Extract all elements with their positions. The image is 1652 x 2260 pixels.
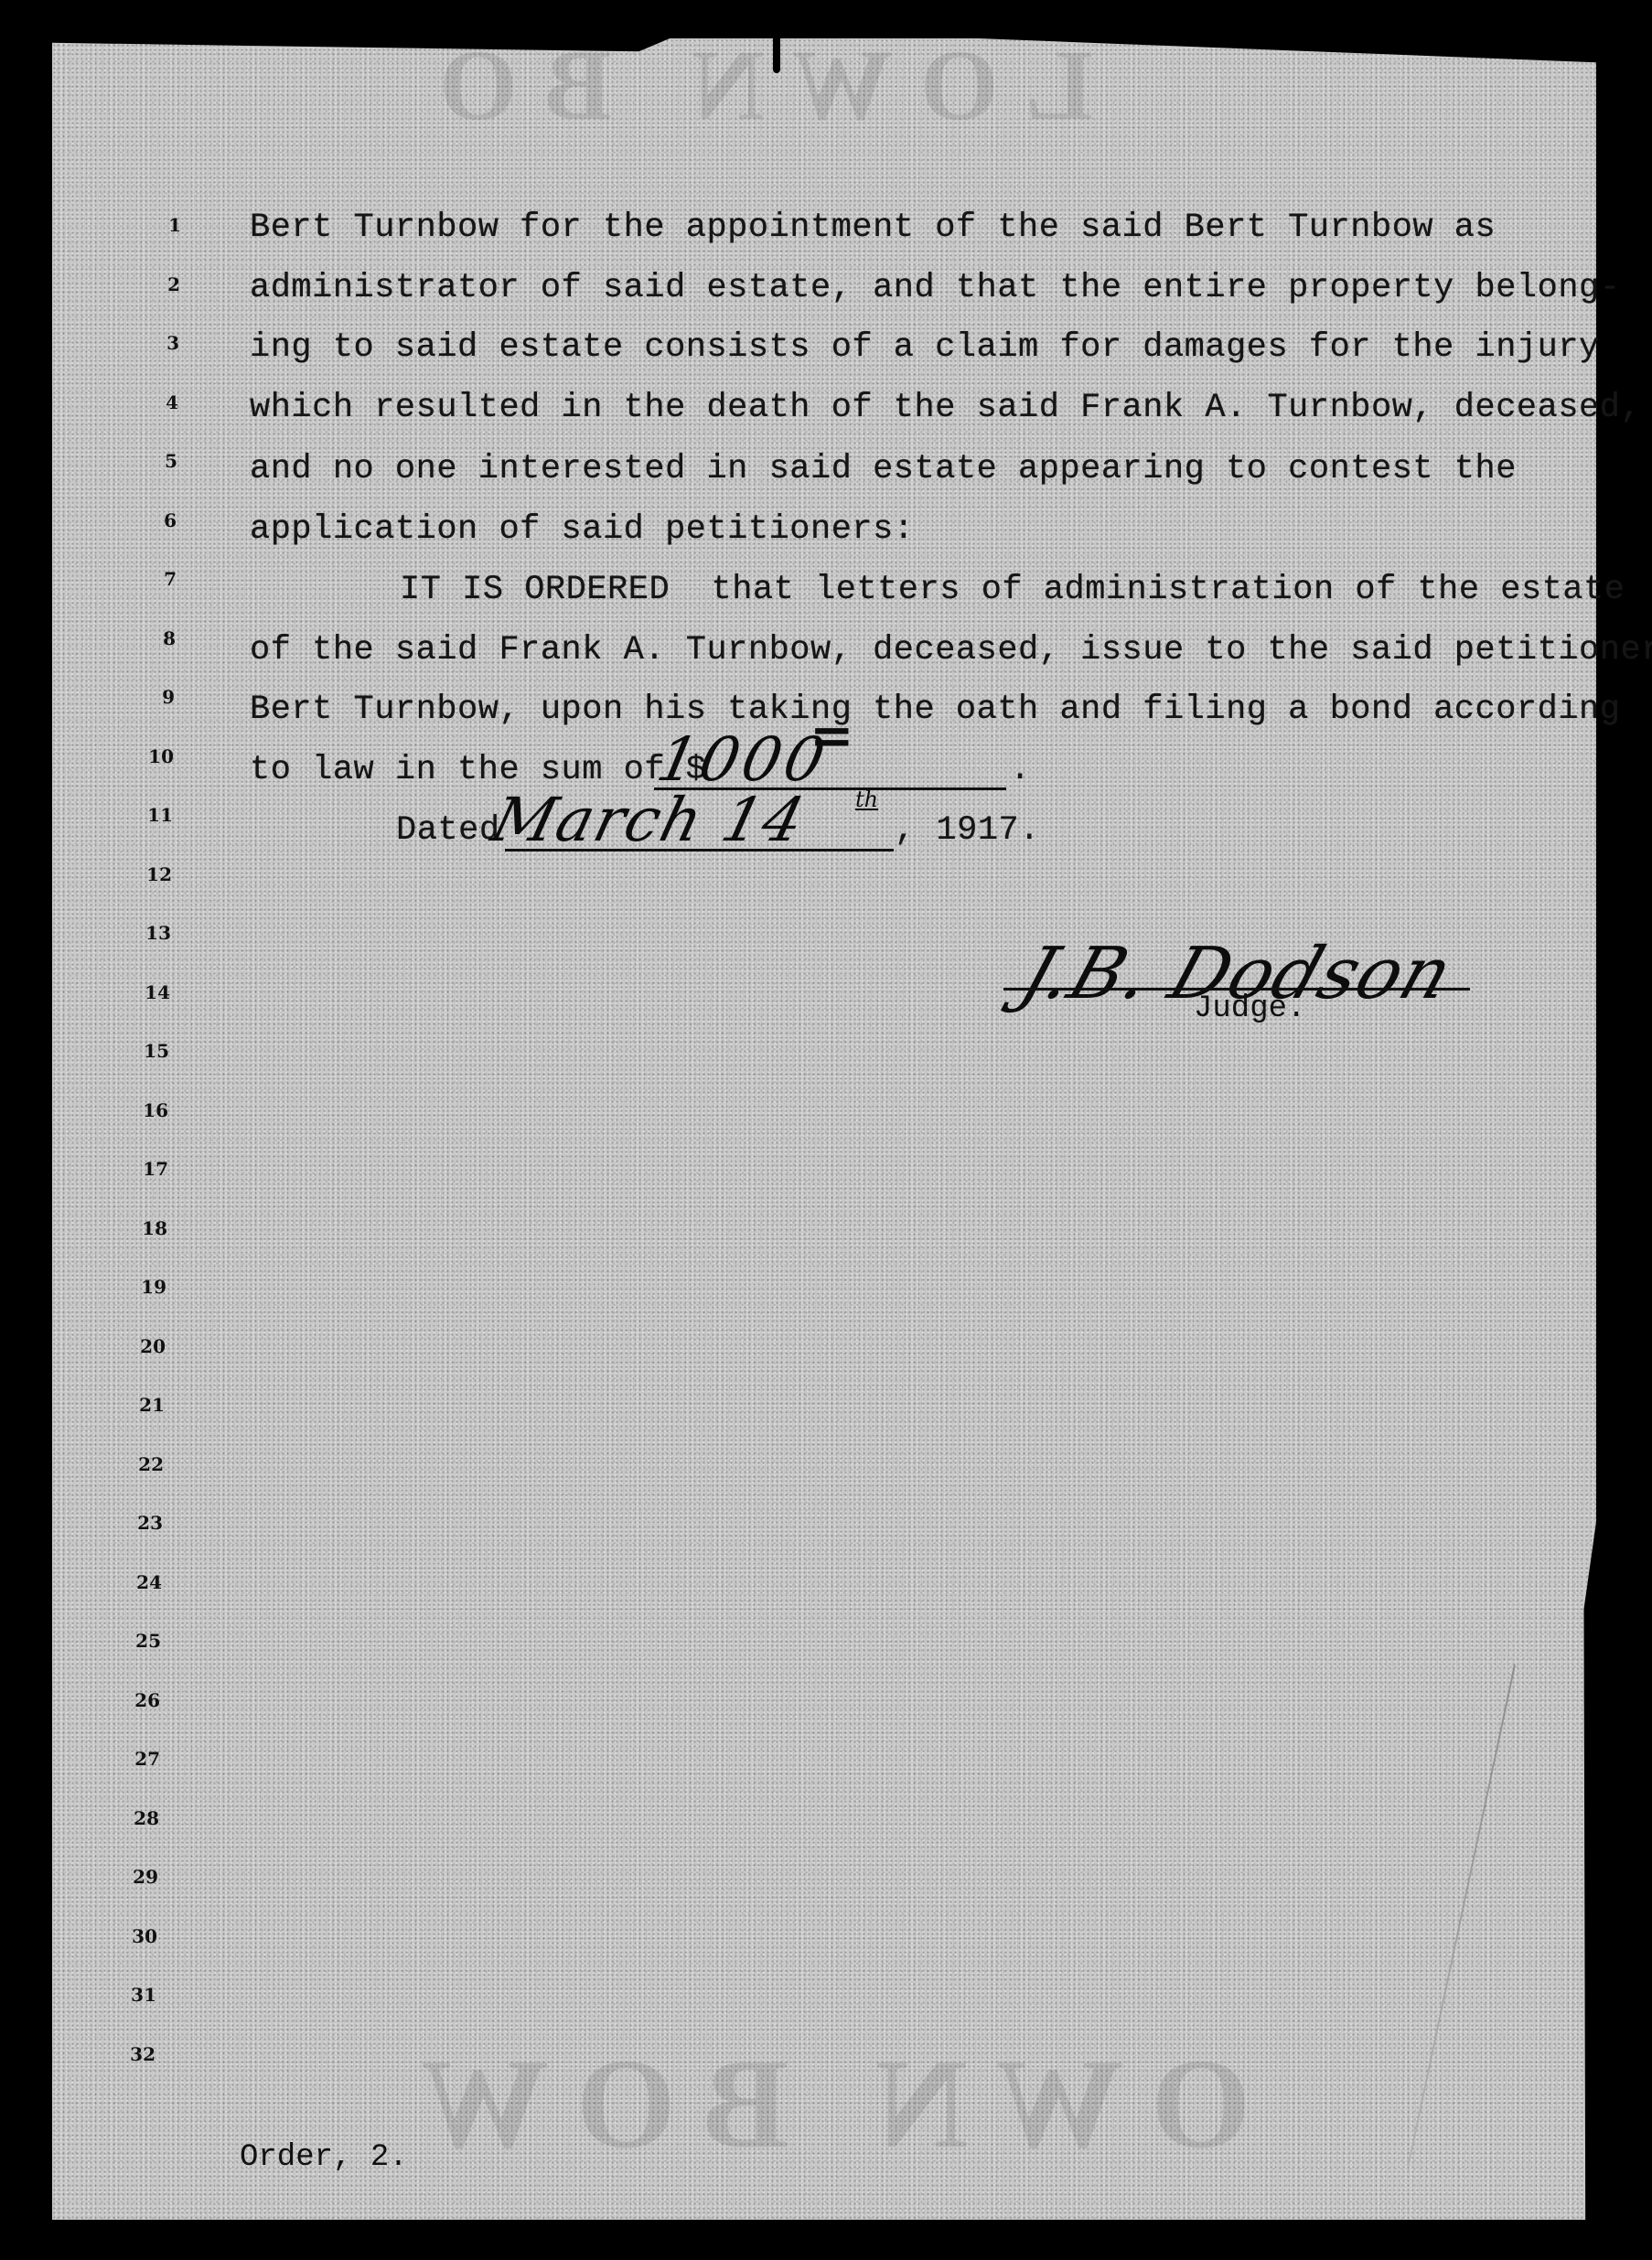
body-line-3: ing to said estate consists of a claim f… [250, 328, 1600, 367]
line-number: 31 [102, 1984, 156, 2006]
body-line-1: Bert Turnbow for the appointment of the … [250, 209, 1496, 247]
line-number: 12 [117, 863, 172, 885]
line-number: 22 [109, 1453, 164, 1475]
line-number: 10 [119, 745, 174, 767]
line-number: 28 [104, 1807, 159, 1829]
line-number: 19 [112, 1276, 166, 1298]
line-number: 14 [115, 981, 170, 1003]
line-number: 29 [103, 1866, 158, 1888]
page-footer: Order, 2. [240, 2140, 408, 2175]
line-number: 1 [126, 214, 181, 236]
date-ordinal-superscript: th [855, 787, 878, 812]
order-clause-line: IT IS ORDERED that letters of administra… [400, 571, 1625, 609]
bond-amount-superscript: = [810, 704, 854, 766]
handwritten-date: March 14 [485, 785, 812, 855]
line-number: 26 [105, 1689, 160, 1711]
date-year: , 1917. [895, 811, 1040, 850]
body-line-6: application of said petitioners: [250, 510, 915, 549]
bleed-through-text-bottom: OWN BOW [393, 2030, 1250, 2178]
line-number: 9 [120, 686, 175, 708]
line-number: 23 [108, 1512, 163, 1534]
line-number: 7 [122, 568, 177, 590]
line-number: 13 [116, 922, 171, 944]
line-number: 6 [122, 509, 177, 531]
line-number: 32 [101, 2043, 156, 2065]
bleed-through-text-top: LOWN BO [412, 27, 1093, 144]
body-line-5: and no one interested in said estate app… [250, 450, 1517, 488]
line-number: 8 [121, 627, 176, 649]
date-underline [505, 849, 894, 852]
line-number: 24 [107, 1571, 162, 1593]
date-label: Dated [396, 811, 500, 850]
judge-title: Judge. [1194, 991, 1305, 1026]
body-line-8: of the said Frank A. Turnbow, deceased, … [250, 631, 1652, 669]
line-number: 30 [102, 1925, 157, 1947]
line-number: 25 [106, 1630, 161, 1652]
line-number: 18 [113, 1217, 167, 1239]
line-number: 5 [123, 450, 177, 472]
bond-line-prefix: to law in the sum of $ [250, 751, 706, 789]
line-number: 20 [111, 1335, 166, 1357]
line-number: 4 [123, 391, 178, 413]
line-number: 17 [113, 1158, 168, 1180]
body-line-4: which resulted in the death of the said … [250, 389, 1652, 427]
body-line-2: administrator of said estate, and that t… [250, 269, 1620, 307]
line-number: 11 [118, 804, 173, 826]
line-number: 3 [124, 332, 179, 354]
bond-line-suffix: . [1010, 751, 1031, 789]
line-number: 21 [110, 1394, 165, 1416]
line-number: 2 [125, 273, 180, 295]
line-number: 27 [105, 1748, 160, 1770]
signature-line [1003, 988, 1470, 991]
line-number: 15 [114, 1040, 169, 1062]
body-line-9: Bert Turnbow, upon his taking the oath a… [250, 691, 1620, 729]
line-number: 16 [113, 1099, 168, 1121]
